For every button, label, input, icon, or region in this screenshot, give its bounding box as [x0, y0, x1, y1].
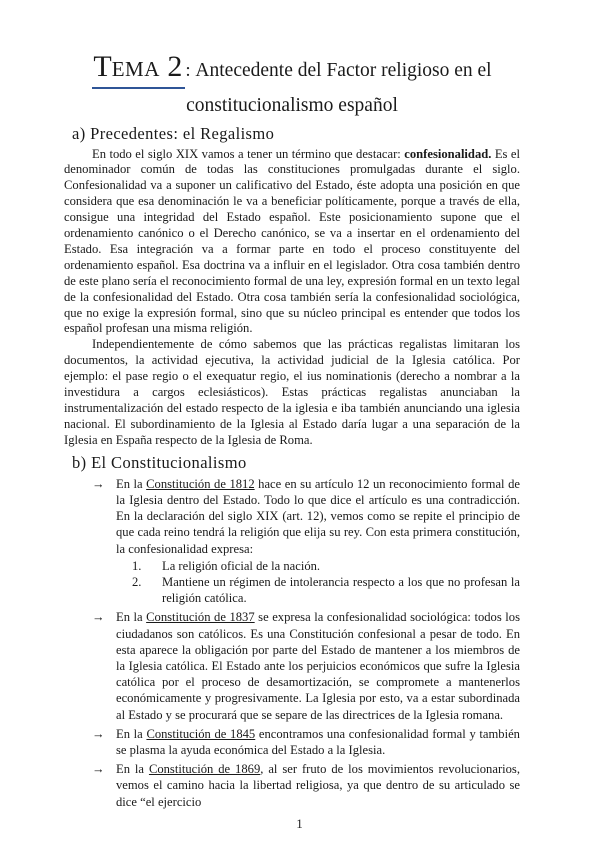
constitution-1837-ref: Constitución de 1837	[146, 610, 255, 624]
list-item-body: En la Constitución de 1845 encontramos u…	[116, 726, 520, 758]
section-heading-b: b) El Constitucionalismo	[72, 453, 520, 473]
paragraph-text: En todo el siglo XIX vamos a tener un té…	[92, 147, 404, 161]
document-title-line1: TEMA 2 : Antecedente del Factor religios…	[64, 48, 520, 89]
sublist-item-number: 1.	[116, 558, 162, 574]
list-item-body: En la Constitución de 1812 hace en su ar…	[116, 476, 520, 607]
arrow-bullet-icon: →	[92, 726, 116, 758]
tema-number: 2	[160, 50, 183, 83]
arrow-bullet-icon: →	[92, 761, 116, 810]
sublist-item: 1. La religión oficial de la nación.	[116, 558, 520, 574]
paragraph-text: Es el denominador común de todas las con…	[64, 147, 520, 336]
list-item-text: se expresa la confesionalidad sociológic…	[116, 610, 520, 721]
list-item-lead: En la	[116, 610, 146, 624]
title-text-line1: Antecedente del Factor religioso en el	[195, 60, 491, 81]
list-item-lead: En la	[116, 762, 149, 776]
constitution-1869-ref: Constitución de 1869	[149, 762, 260, 776]
arrow-bullet-icon: →	[92, 476, 116, 607]
constitution-1812-ref: Constitución de 1812	[146, 477, 255, 491]
sublist-item-text: Mantiene un régimen de intolerancia resp…	[162, 574, 520, 606]
list-item-1837: → En la Constitución de 1837 se expresa …	[92, 609, 520, 722]
tema-label-underlined: TEMA 2	[92, 48, 185, 89]
tema-smallcaps: EMA	[112, 57, 160, 81]
tema-initial: T	[93, 50, 111, 83]
constitution-1845-ref: Constitución de 1845	[146, 727, 255, 741]
page-number: 1	[0, 816, 599, 832]
list-item-1869: → En la Constitución de 1869, al ser fru…	[92, 761, 520, 810]
arrow-bullet-icon: →	[92, 609, 116, 722]
paragraph-regalismo: Independientemente de cómo sabemos que l…	[64, 337, 520, 448]
sublist-item-text: La religión oficial de la nación.	[162, 558, 520, 574]
list-item-lead: En la	[116, 477, 146, 491]
section-a-body: En todo el siglo XIX vamos a tener un té…	[64, 147, 520, 449]
document-page: TEMA 2 : Antecedente del Factor religios…	[0, 0, 599, 848]
title-separator: :	[185, 60, 195, 81]
sublist-item: 2. Mantiene un régimen de intolerancia r…	[116, 574, 520, 606]
paragraph-confesionalidad: En todo el siglo XIX vamos a tener un té…	[64, 147, 520, 338]
constitutions-bullet-list: → En la Constitución de 1812 hace en su …	[64, 476, 520, 810]
section-heading-a: a) Precedentes: el Regalismo	[72, 124, 520, 144]
bold-term-confesionalidad: confesionalidad.	[404, 147, 491, 161]
list-item-1812: → En la Constitución de 1812 hace en su …	[92, 476, 520, 607]
page-content: TEMA 2 : Antecedente del Factor religios…	[64, 48, 520, 813]
document-title-line2: constitucionalismo español	[64, 95, 520, 117]
sublist-item-number: 2.	[116, 574, 162, 606]
numbered-sublist: 1. La religión oficial de la nación. 2. …	[116, 558, 520, 607]
list-item-lead: En la	[116, 727, 146, 741]
list-item-1845: → En la Constitución de 1845 encontramos…	[92, 726, 520, 758]
list-item-body: En la Constitución de 1869, al ser fruto…	[116, 761, 520, 810]
list-item-body: En la Constitución de 1837 se expresa la…	[116, 609, 520, 722]
